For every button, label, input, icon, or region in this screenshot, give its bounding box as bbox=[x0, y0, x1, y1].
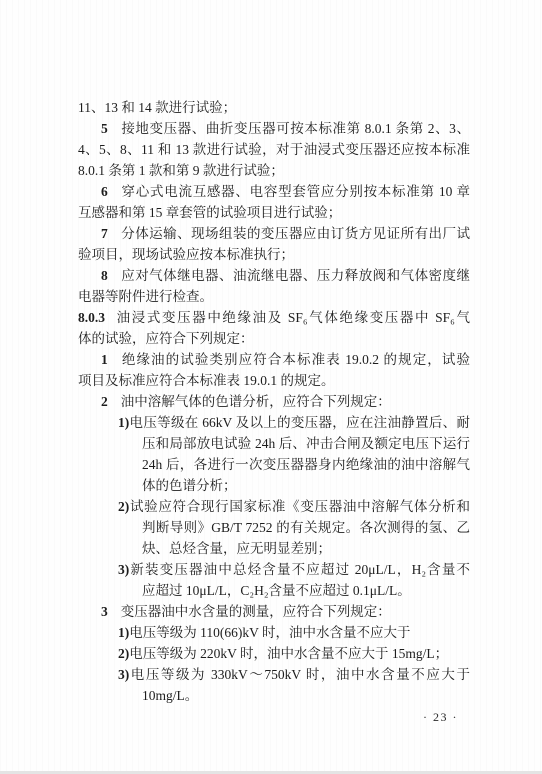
text-line: 互感器和第 15 章套管的试验项目进行试验； bbox=[78, 202, 470, 223]
scanned-document-page: 11、13 和 14 款进行试验；5接地变压器、曲折变压器可按本标准第 8.0.… bbox=[0, 0, 542, 774]
text-line: 应超过 10μL/L，C₂H₂含量不应超过 0.1μL/L。 bbox=[78, 580, 470, 601]
clause-number: 3 bbox=[101, 604, 108, 619]
line-text: 油浸式变压器中绝缘油及 SF₆气体绝缘变压器中 SF₆气 bbox=[115, 310, 470, 325]
clause-number: 8.0.3 bbox=[78, 310, 105, 325]
line-text: 变压器油中水含量的测量，应符合下列规定： bbox=[121, 604, 391, 619]
line-text: 分体运输、现场组装的变压器应由订货方见证所有出厂试 bbox=[121, 226, 470, 241]
line-text: 11、13 和 14 款进行试验； bbox=[78, 100, 236, 115]
line-text: 应超过 10μL/L，C₂H₂含量不应超过 0.1μL/L。 bbox=[142, 583, 411, 598]
line-text: 炔、总烃含量，应无明显差别； bbox=[142, 541, 331, 556]
line-text: 互感器和第 15 章套管的试验项目进行试验； bbox=[78, 205, 341, 220]
line-text: 验项目，现场试验应按本标准执行； bbox=[78, 247, 294, 262]
text-line: 压和局部放电试验 24h 后、冲击合闸及额定电压下运行 bbox=[78, 433, 470, 454]
page-number: · 23 · bbox=[423, 706, 458, 728]
clause-number: 1) bbox=[118, 415, 129, 430]
line-text: 电压等级为 330kV～750kV 时，油中水含量不应大于 bbox=[129, 667, 470, 682]
text-line: 10mg/L。 bbox=[78, 685, 470, 706]
text-line: 8应对气体继电器、油流继电器、压力释放阀和气体密度继 bbox=[78, 265, 470, 286]
line-text: 电压等级为 110(66)kV 时，油中水含量不应大于 20mg/L； bbox=[118, 625, 411, 643]
line-text: 应对气体继电器、油流继电器、压力释放阀和气体密度继 bbox=[121, 268, 470, 283]
text-line: 体的试验，应符合下列规定： bbox=[78, 328, 470, 349]
line-text: 判断导则》GB/T 7252 的有关规定。各次测得的氢、乙 bbox=[142, 520, 470, 535]
line-text: 接地变压器、曲折变压器可按本标准第 8.0.1 条第 2、3、 bbox=[121, 121, 470, 136]
clause-number: 6 bbox=[101, 184, 108, 199]
clause-number: 3) bbox=[118, 667, 129, 682]
page-number-text: · 23 · bbox=[423, 710, 458, 724]
clause-number: 1 bbox=[101, 352, 108, 367]
line-text: 油中溶解气体的色谱分析，应符合下列规定： bbox=[121, 394, 391, 409]
text-line: 3)新装变压器油中总烃含量不应超过 20μL/L，H₂含量不 bbox=[78, 559, 470, 580]
clause-number: 3) bbox=[118, 562, 129, 577]
text-line: 项目及标准应符合本标准表 19.0.1 的规定。 bbox=[78, 370, 470, 391]
text-line: 判断导则》GB/T 7252 的有关规定。各次测得的氢、乙 bbox=[78, 517, 470, 538]
text-line: 6穿心式电流互感器、电容型套管应分别按本标准第 10 章 bbox=[78, 181, 470, 202]
clause-number: 2) bbox=[118, 499, 129, 514]
text-line: 1)电压等级在 66kV 及以上的变压器，应在注油静置后、耐 bbox=[78, 412, 470, 433]
line-text: 10mg/L。 bbox=[142, 688, 198, 703]
text-line: 8.0.1 条第 1 款和第 9 款进行试验； bbox=[78, 160, 470, 181]
line-text: 项目及标准应符合本标准表 19.0.1 的规定。 bbox=[78, 373, 335, 388]
line-text: 4、5、8、11 和 13 款进行试验，对于油浸式变压器还应按本标准第 bbox=[78, 142, 470, 160]
clause-number: 7 bbox=[101, 226, 108, 241]
text-line: 8.0.3油浸式变压器中绝缘油及 SF₆气体绝缘变压器中 SF₆气 bbox=[78, 307, 470, 328]
line-text: 电压等级在 66kV 及以上的变压器，应在注油静置后、耐 bbox=[129, 415, 470, 430]
text-line: 1)电压等级为 110(66)kV 时，油中水含量不应大于 20mg/L； bbox=[78, 622, 470, 643]
text-line: 2)试验应符合现行国家标准《变压器油中溶解气体分析和 bbox=[78, 496, 470, 517]
line-text: 压和局部放电试验 24h 后、冲击合闸及额定电压下运行 bbox=[142, 436, 470, 451]
text-line: 5接地变压器、曲折变压器可按本标准第 8.0.1 条第 2、3、 bbox=[78, 118, 470, 139]
line-text: 电器等附件进行检查。 bbox=[78, 289, 213, 304]
clause-number: 2) bbox=[118, 646, 129, 661]
line-text: 新装变压器油中总烃含量不应超过 20μL/L，H₂含量不 bbox=[129, 562, 470, 577]
text-line: 11、13 和 14 款进行试验； bbox=[78, 97, 470, 118]
line-text: 8.0.1 条第 1 款和第 9 款进行试验； bbox=[78, 163, 284, 178]
clause-number: 2 bbox=[101, 394, 108, 409]
line-text: 体的试验，应符合下列规定： bbox=[78, 331, 254, 346]
line-text: 电压等级为 220kV 时，油中水含量不应大于 15mg/L； bbox=[129, 646, 448, 661]
line-text: 绝缘油的试验类别应符合本标准表 19.0.2 的规定，试验 bbox=[121, 352, 470, 367]
clause-number: 5 bbox=[101, 121, 108, 136]
text-line: 体的色谱分析； bbox=[78, 475, 470, 496]
text-line: 电器等附件进行检查。 bbox=[78, 286, 470, 307]
text-line: 验项目，现场试验应按本标准执行； bbox=[78, 244, 470, 265]
clause-number: 8 bbox=[101, 268, 108, 283]
line-text: 体的色谱分析； bbox=[142, 478, 237, 493]
text-line: 24h 后，各进行一次变压器器身内绝缘油的油中溶解气 bbox=[78, 454, 470, 475]
text-line: 3变压器油中水含量的测量，应符合下列规定： bbox=[78, 601, 470, 622]
text-line: 3)电压等级为 330kV～750kV 时，油中水含量不应大于 bbox=[78, 664, 470, 685]
line-text: 24h 后，各进行一次变压器器身内绝缘油的油中溶解气 bbox=[142, 457, 470, 472]
text-line: 4、5、8、11 和 13 款进行试验，对于油浸式变压器还应按本标准第 bbox=[78, 139, 470, 160]
clause-number: 1) bbox=[118, 625, 129, 640]
text-line: 1绝缘油的试验类别应符合本标准表 19.0.2 的规定，试验 bbox=[78, 349, 470, 370]
text-line: 2)电压等级为 220kV 时，油中水含量不应大于 15mg/L； bbox=[78, 643, 470, 664]
line-text: 穿心式电流互感器、电容型套管应分别按本标准第 10 章 bbox=[121, 184, 470, 199]
text-line: 2油中溶解气体的色谱分析，应符合下列规定： bbox=[78, 391, 470, 412]
line-text: 试验应符合现行国家标准《变压器油中溶解气体分析和 bbox=[129, 499, 470, 514]
document-body: 11、13 和 14 款进行试验；5接地变压器、曲折变压器可按本标准第 8.0.… bbox=[78, 97, 470, 706]
text-line: 炔、总烃含量，应无明显差别； bbox=[78, 538, 470, 559]
text-line: 7分体运输、现场组装的变压器应由订货方见证所有出厂试 bbox=[78, 223, 470, 244]
